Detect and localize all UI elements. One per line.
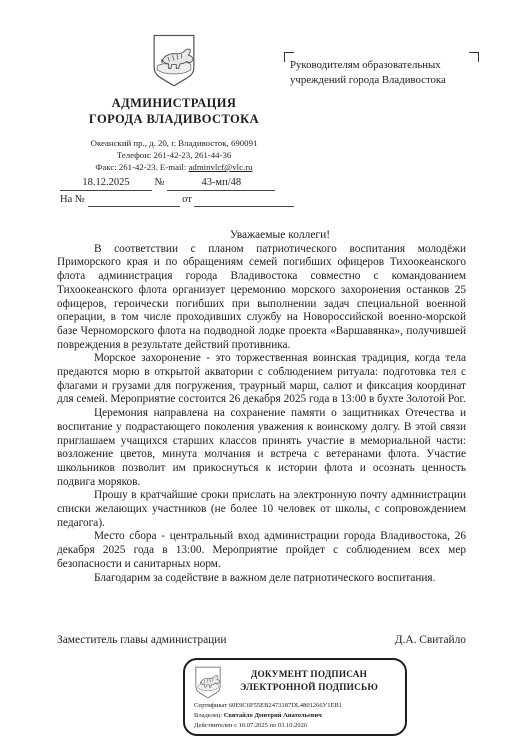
ref-line-date: 18.12.2025 № 43-мп/48 [60, 177, 310, 191]
stamp-title-line1: ДОКУМЕНТ ПОДПИСАН [222, 669, 396, 682]
stamp-coat-of-arms-icon [194, 666, 222, 700]
paragraph-4: Прошу в кратчайшие сроки прислать на эле… [57, 489, 466, 530]
addressee: Руководителям образовательных учреждений… [290, 58, 472, 88]
letter-date: 18.12.2025 [60, 177, 152, 191]
e-signature-stamp: ДОКУМЕНТ ПОДПИСАН ЭЛЕКТРОННОЙ ПОДПИСЬЮ С… [183, 658, 407, 736]
stamp-owner-name: Свитайло Дмитрий Анатольевич [224, 712, 322, 719]
stamp-details: Сертификат 60E9C6F55EB2473187DL4801266У1… [194, 701, 396, 730]
from-label: от [182, 194, 192, 205]
reply-number-blank [88, 194, 180, 208]
org-email-link[interactable]: adminvlcf@vlc.ru [189, 162, 253, 172]
stamp-top: ДОКУМЕНТ ПОДПИСАН ЭЛЕКТРОННОЙ ПОДПИСЬЮ [194, 666, 396, 700]
letterhead: АДМИНИСТРАЦИЯ ГОРОДА ВЛАДИВОСТОКА Океанс… [58, 34, 290, 173]
paragraph-6: Благодарим за содействие в важном деле п… [57, 572, 466, 586]
paragraph-3: Церемония направлена на сохранение памят… [57, 407, 466, 489]
stamp-certificate: Сертификат 60E9C6F55EB2473187DL4801266У1… [194, 701, 396, 711]
coat-of-arms-icon [151, 34, 197, 89]
reply-date-blank [194, 194, 294, 208]
org-name: АДМИНИСТРАЦИЯ ГОРОДА ВЛАДИВОСТОКА [58, 95, 290, 128]
addressee-line1: Руководителям образовательных [290, 58, 472, 73]
salutation: Уважаемые коллеги! [57, 229, 466, 243]
paragraph-5: Место сбора - центральный вход администр… [57, 530, 466, 571]
paragraph-1: В соответствии с планом патриотического … [57, 243, 466, 353]
stamp-validity: Действителен с 10.07.2025 по 03.10.2026 [194, 721, 396, 731]
letter-number: 43-мп/48 [167, 177, 275, 191]
org-address: Океанский пр., д. 20, г. Владивосток, 69… [58, 137, 290, 149]
org-phone: Телефон: 261-42-23, 261-44-36 [58, 149, 290, 161]
signer-name: Д.А. Свитайло [395, 634, 466, 646]
paragraph-2: Морское захоронение - это торжественная … [57, 352, 466, 407]
letter-body: Уважаемые коллеги! В соответствии с план… [57, 229, 466, 585]
addressee-line2: учреждений города Владивостока [290, 73, 472, 88]
stamp-title-line2: ЭЛЕКТРОННОЙ ПОДПИСЬЮ [222, 682, 396, 695]
reply-label: На № [60, 194, 85, 205]
stamp-owner-label: Владелец: [194, 712, 224, 719]
ref-block: 18.12.2025 № 43-мп/48 На № от [60, 177, 310, 210]
org-contacts: Океанский пр., д. 20, г. Владивосток, 69… [58, 137, 290, 174]
org-fax-label: Факс: 261-42-23. E-mail: [95, 162, 188, 172]
letter-page: АДМИНИСТРАЦИЯ ГОРОДА ВЛАДИВОСТОКА Океанс… [0, 0, 514, 752]
stamp-title: ДОКУМЕНТ ПОДПИСАН ЭЛЕКТРОННОЙ ПОДПИСЬЮ [222, 666, 396, 694]
org-fax-email: Факс: 261-42-23. E-mail: adminvlcf@vlc.r… [58, 161, 290, 173]
org-name-line2: ГОРОДА ВЛАДИВОСТОКА [58, 111, 290, 127]
stamp-owner: Владелец: Свитайло Дмитрий Анатольевич [194, 711, 396, 721]
ref-line-reply: На № от [60, 194, 310, 208]
number-sign: № [155, 177, 165, 188]
signature-row: Заместитель главы администрации Д.А. Сви… [57, 634, 466, 646]
org-name-line1: АДМИНИСТРАЦИЯ [58, 95, 290, 111]
signer-position: Заместитель главы администрации [57, 634, 226, 646]
